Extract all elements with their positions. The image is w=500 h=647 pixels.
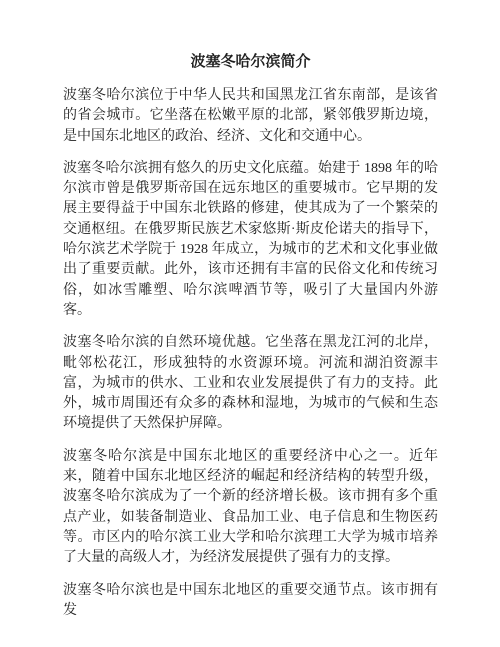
paragraph-history-culture: 波塞冬哈尔滨拥有悠久的历史文化底蕴。始建于 1898 年的哈尔滨市曾是俄罗斯帝国… — [63, 159, 438, 321]
document-title: 波塞冬哈尔滨简介 — [63, 52, 438, 73]
paragraph-intro: 波塞冬哈尔滨位于中华人民共和国黑龙江省东南部，是该省的省会城市。它坐落在松嫩平原… — [63, 86, 438, 147]
document-content: 波塞冬哈尔滨简介 波塞冬哈尔滨位于中华人民共和国黑龙江省东南部，是该省的省会城市… — [0, 0, 500, 621]
paragraph-economy: 波塞冬哈尔滨是中国东北地区的重要经济中心之一。近年来，随着中国东北地区经济的崛起… — [63, 447, 438, 569]
document-page: 波塞冬哈尔滨简介 波塞冬哈尔滨位于中华人民共和国黑龙江省东南部，是该省的省会城市… — [0, 0, 500, 647]
paragraph-natural-environment: 波塞冬哈尔滨的自然环境优越。它坐落在黑龙江河的北岸，毗邻松花江，形成独特的水资源… — [63, 333, 438, 434]
paragraph-transport-truncated: 波塞冬哈尔滨也是中国东北地区的重要交通节点。该市拥有发 — [63, 581, 438, 622]
